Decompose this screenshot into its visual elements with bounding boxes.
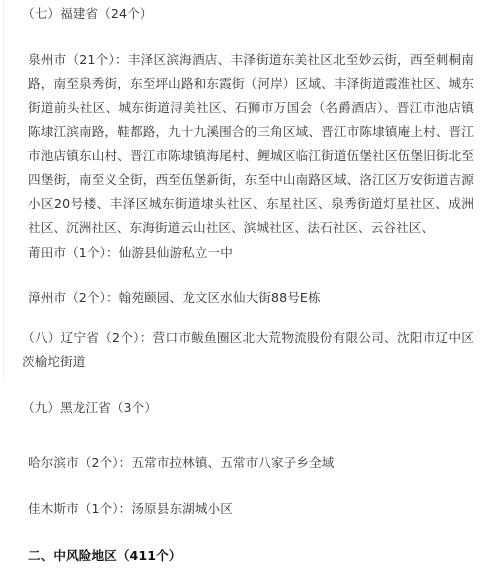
city-paragraph-jiamusi: 佳木斯市（1个）：汤原县东湖城小区 bbox=[28, 497, 474, 521]
left-border-rule bbox=[3, 0, 4, 378]
city-paragraph-harbin: 哈尔滨市（2个）：五常市拉林镇、五常市八家子乡全域 bbox=[28, 451, 474, 475]
city-paragraph-zhangzhou: 漳州市（2个）：翰苑颐园、龙文区水仙大街88号E栋 bbox=[28, 286, 474, 310]
province-heading-heilongjiang: （九）黑龙江省（3个） bbox=[22, 396, 157, 420]
city-paragraph-putian: 莆田市（1个）：仙游县仙游私立一中 bbox=[28, 241, 474, 265]
province-paragraph-liaoning: （八）辽宁省（2个）：营口市鲅鱼圈区北大荒物流股份有限公司、沈阳市辽中区茨榆坨街… bbox=[22, 326, 474, 374]
city-paragraph-quanzhou: 泉州市（21个）：丰泽区滨海酒店、丰泽街道东美社区北至妙云街，西至刺桐南路，南至… bbox=[28, 48, 474, 240]
section-heading-medium-risk: 二、中风险地区（411个） bbox=[28, 544, 474, 568]
province-heading-fujian: （七）福建省（24个） bbox=[22, 2, 152, 26]
